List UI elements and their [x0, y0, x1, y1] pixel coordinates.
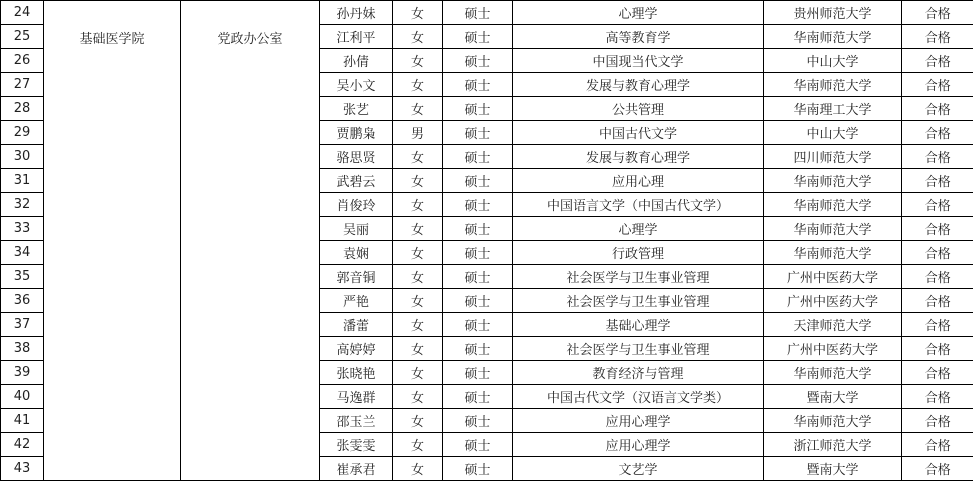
result-cell: 合格 [902, 145, 973, 169]
major-cell: 行政管理 [513, 241, 764, 265]
university-cell: 贵州师范大学 [764, 1, 902, 25]
row-number-cell: 27 [1, 73, 44, 97]
major-cell: 社会医学与卫生事业管理 [513, 289, 764, 313]
university-cell: 华南师范大学 [764, 25, 902, 49]
row-number-cell: 37 [1, 313, 44, 337]
row-number-cell: 38 [1, 337, 44, 361]
row-number-cell: 28 [1, 97, 44, 121]
degree-cell: 硕士 [443, 73, 513, 97]
name-cell: 张晓艳 [320, 361, 393, 385]
degree-cell: 硕士 [443, 337, 513, 361]
name-cell: 江利平 [320, 25, 393, 49]
major-cell: 公共管理 [513, 97, 764, 121]
major-cell: 中国语言文学（中国古代文学） [513, 193, 764, 217]
major-cell: 发展与教育心理学 [513, 73, 764, 97]
degree-cell: 硕士 [443, 457, 513, 481]
row-number-cell: 25 [1, 25, 44, 49]
major-cell: 文艺学 [513, 457, 764, 481]
result-cell: 合格 [902, 121, 973, 145]
result-cell: 合格 [902, 361, 973, 385]
row-number-cell: 24 [1, 1, 44, 25]
gender-cell: 女 [393, 25, 443, 49]
university-cell: 华南师范大学 [764, 169, 902, 193]
gender-cell: 女 [393, 265, 443, 289]
gender-cell: 女 [393, 241, 443, 265]
name-cell: 孙倩 [320, 49, 393, 73]
result-cell: 合格 [902, 337, 973, 361]
row-number-cell: 43 [1, 457, 44, 481]
result-cell: 合格 [902, 73, 973, 97]
gender-cell: 女 [393, 289, 443, 313]
degree-cell: 硕士 [443, 361, 513, 385]
row-number-cell: 30 [1, 145, 44, 169]
result-cell: 合格 [902, 97, 973, 121]
row-number-cell: 31 [1, 169, 44, 193]
university-cell: 华南理工大学 [764, 97, 902, 121]
result-cell: 合格 [902, 241, 973, 265]
university-cell: 华南师范大学 [764, 241, 902, 265]
name-cell: 马逸群 [320, 385, 393, 409]
name-cell: 贾鹏枭 [320, 121, 393, 145]
gender-cell: 女 [393, 337, 443, 361]
university-cell: 暨南大学 [764, 457, 902, 481]
major-cell: 中国古代文学（汉语言文学类） [513, 385, 764, 409]
table-row: 24基础医学院党政办公室 孙丹妹 女 硕士 心理学 贵州师范大学 合格 [1, 1, 973, 25]
row-number-cell: 35 [1, 265, 44, 289]
result-cell: 合格 [902, 409, 973, 433]
major-cell: 社会医学与卫生事业管理 [513, 337, 764, 361]
university-cell: 广州中医药大学 [764, 337, 902, 361]
result-cell: 合格 [902, 457, 973, 481]
gender-cell: 女 [393, 145, 443, 169]
degree-cell: 硕士 [443, 49, 513, 73]
university-cell: 华南师范大学 [764, 73, 902, 97]
row-number-cell: 36 [1, 289, 44, 313]
name-cell: 张艺 [320, 97, 393, 121]
university-cell: 华南师范大学 [764, 361, 902, 385]
major-cell: 心理学 [513, 1, 764, 25]
document-sheet: 24基础医学院党政办公室 孙丹妹 女 硕士 心理学 贵州师范大学 合格 25 江… [0, 0, 973, 481]
name-cell: 肖俊玲 [320, 193, 393, 217]
row-number-cell: 32 [1, 193, 44, 217]
degree-cell: 硕士 [443, 265, 513, 289]
university-cell: 四川师范大学 [764, 145, 902, 169]
result-cell: 合格 [902, 193, 973, 217]
gender-cell: 女 [393, 217, 443, 241]
result-cell: 合格 [902, 265, 973, 289]
name-cell: 高婷婷 [320, 337, 393, 361]
gender-cell: 女 [393, 1, 443, 25]
degree-cell: 硕士 [443, 217, 513, 241]
university-cell: 华南师范大学 [764, 193, 902, 217]
row-number-cell: 33 [1, 217, 44, 241]
row-number-cell: 40 [1, 385, 44, 409]
gender-cell: 女 [393, 433, 443, 457]
degree-cell: 硕士 [443, 313, 513, 337]
qualification-table: 24基础医学院党政办公室 孙丹妹 女 硕士 心理学 贵州师范大学 合格 25 江… [0, 0, 973, 481]
gender-cell: 女 [393, 409, 443, 433]
row-number-cell: 39 [1, 361, 44, 385]
university-cell: 中山大学 [764, 121, 902, 145]
university-cell: 广州中医药大学 [764, 289, 902, 313]
name-cell: 郭音铜 [320, 265, 393, 289]
degree-cell: 硕士 [443, 121, 513, 145]
major-cell: 社会医学与卫生事业管理 [513, 265, 764, 289]
name-cell: 吴丽 [320, 217, 393, 241]
name-cell: 严艳 [320, 289, 393, 313]
result-cell: 合格 [902, 433, 973, 457]
name-cell: 张雯雯 [320, 433, 393, 457]
result-cell: 合格 [902, 169, 973, 193]
row-number-cell: 34 [1, 241, 44, 265]
college-merged-cell: 基础医学院 [44, 1, 181, 481]
result-cell: 合格 [902, 385, 973, 409]
name-cell: 吴小文 [320, 73, 393, 97]
name-cell: 崔承君 [320, 457, 393, 481]
gender-cell: 女 [393, 193, 443, 217]
name-cell: 骆思贤 [320, 145, 393, 169]
office-merged-cell: 党政办公室 [181, 1, 320, 481]
degree-cell: 硕士 [443, 289, 513, 313]
degree-cell: 硕士 [443, 145, 513, 169]
name-cell: 邵玉兰 [320, 409, 393, 433]
degree-cell: 硕士 [443, 169, 513, 193]
major-cell: 应用心理学 [513, 433, 764, 457]
university-cell: 暨南大学 [764, 385, 902, 409]
row-number-cell: 29 [1, 121, 44, 145]
gender-cell: 女 [393, 73, 443, 97]
name-cell: 武碧云 [320, 169, 393, 193]
gender-cell: 男 [393, 121, 443, 145]
gender-cell: 女 [393, 385, 443, 409]
university-cell: 广州中医药大学 [764, 265, 902, 289]
major-cell: 高等教育学 [513, 25, 764, 49]
result-cell: 合格 [902, 217, 973, 241]
university-cell: 华南师范大学 [764, 409, 902, 433]
major-cell: 教育经济与管理 [513, 361, 764, 385]
degree-cell: 硕士 [443, 1, 513, 25]
gender-cell: 女 [393, 97, 443, 121]
degree-cell: 硕士 [443, 193, 513, 217]
name-cell: 潘蕾 [320, 313, 393, 337]
name-cell: 孙丹妹 [320, 1, 393, 25]
university-cell: 浙江师范大学 [764, 433, 902, 457]
row-number-cell: 41 [1, 409, 44, 433]
degree-cell: 硕士 [443, 25, 513, 49]
major-cell: 应用心理 [513, 169, 764, 193]
degree-cell: 硕士 [443, 385, 513, 409]
major-cell: 发展与教育心理学 [513, 145, 764, 169]
gender-cell: 女 [393, 457, 443, 481]
university-cell: 华南师范大学 [764, 217, 902, 241]
major-cell: 应用心理学 [513, 409, 764, 433]
gender-cell: 女 [393, 169, 443, 193]
row-number-cell: 26 [1, 49, 44, 73]
result-cell: 合格 [902, 1, 973, 25]
degree-cell: 硕士 [443, 433, 513, 457]
gender-cell: 女 [393, 361, 443, 385]
university-cell: 中山大学 [764, 49, 902, 73]
degree-cell: 硕士 [443, 97, 513, 121]
row-number-cell: 42 [1, 433, 44, 457]
result-cell: 合格 [902, 25, 973, 49]
gender-cell: 女 [393, 49, 443, 73]
major-cell: 中国古代文学 [513, 121, 764, 145]
university-cell: 天津师范大学 [764, 313, 902, 337]
result-cell: 合格 [902, 313, 973, 337]
result-cell: 合格 [902, 49, 973, 73]
name-cell: 袁娴 [320, 241, 393, 265]
major-cell: 基础心理学 [513, 313, 764, 337]
degree-cell: 硕士 [443, 241, 513, 265]
result-cell: 合格 [902, 289, 973, 313]
major-cell: 中国现当代文学 [513, 49, 764, 73]
degree-cell: 硕士 [443, 409, 513, 433]
major-cell: 心理学 [513, 217, 764, 241]
gender-cell: 女 [393, 313, 443, 337]
table-body: 24基础医学院党政办公室 孙丹妹 女 硕士 心理学 贵州师范大学 合格 25 江… [1, 1, 973, 481]
